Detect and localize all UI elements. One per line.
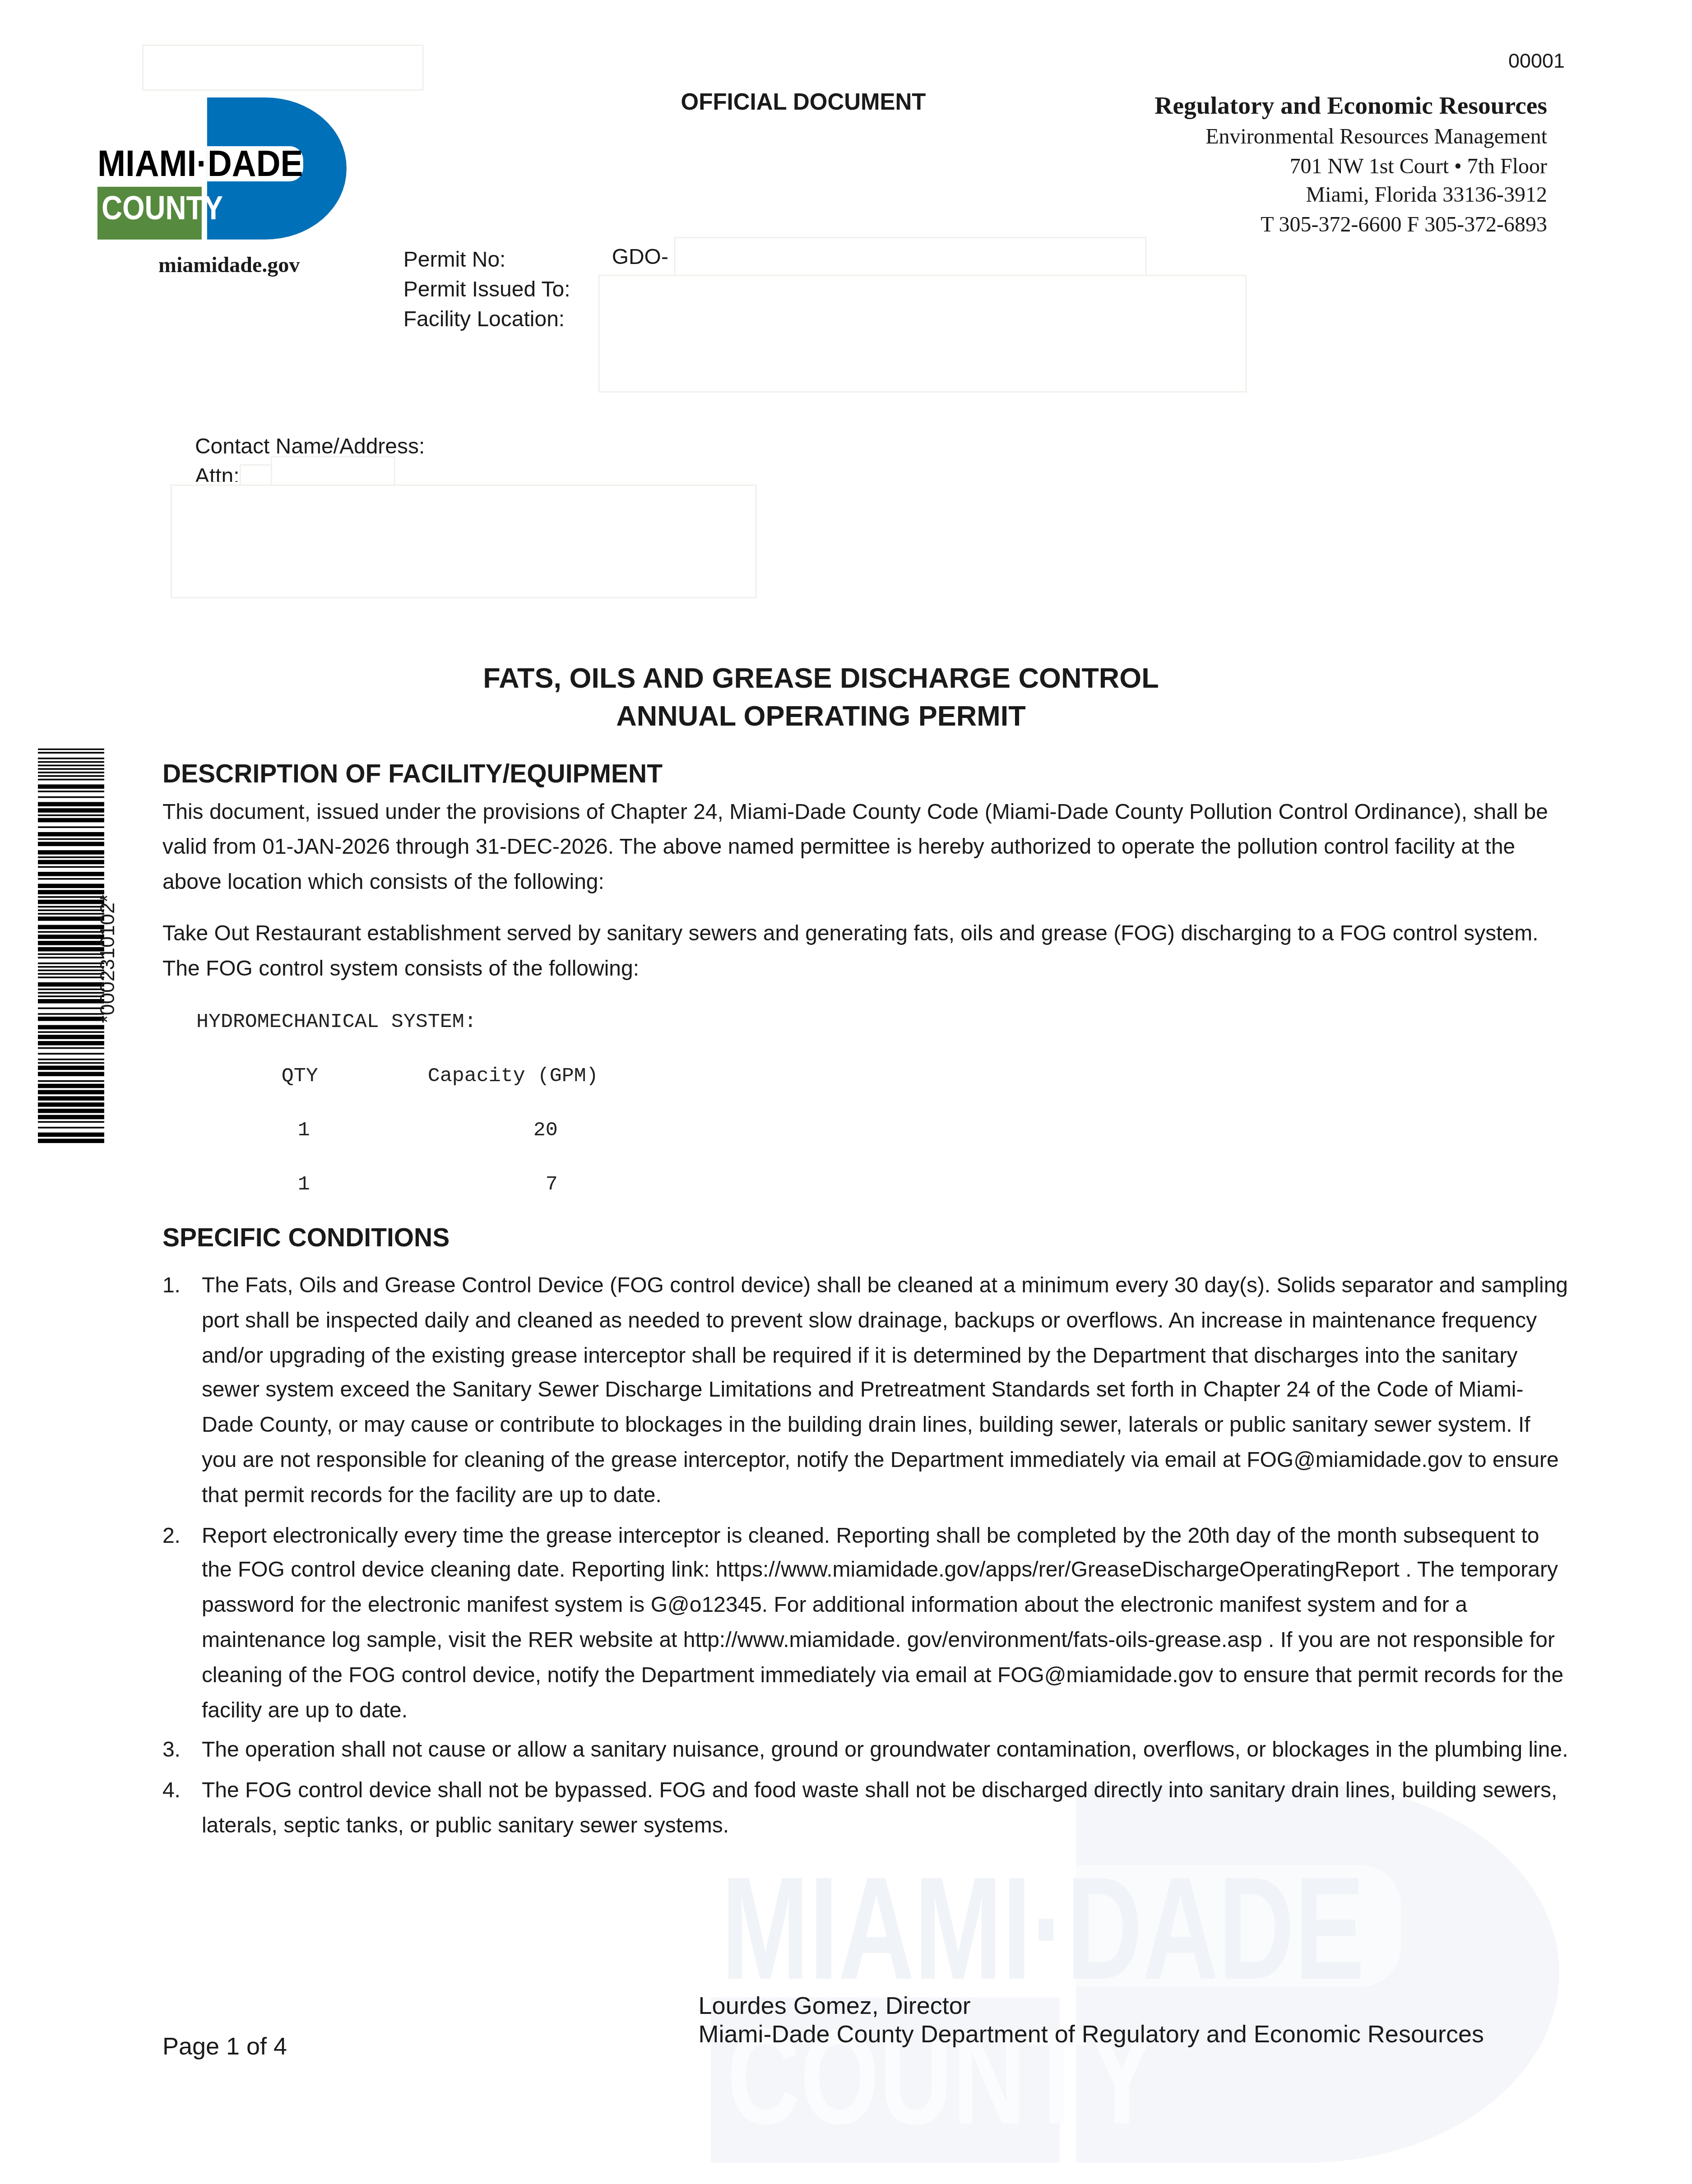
description-paragraph-1: This document, issued under the provisio… bbox=[162, 796, 1570, 901]
permit-no-label: Permit No: bbox=[403, 246, 570, 276]
signature-block: Lourdes Gomez, Director Miami-Dade Count… bbox=[699, 1992, 1484, 2049]
condition-number: 4. bbox=[162, 1774, 181, 1809]
description-paragraph-2: Take Out Restaurant establishment served… bbox=[162, 917, 1570, 987]
permit-issued-to-label: Permit Issued To: bbox=[403, 276, 570, 306]
condition-item: 1. The Fats, Oils and Grease Control Dev… bbox=[162, 1269, 1570, 1514]
equipment-row-qty: 1 bbox=[298, 1119, 310, 1142]
equipment-row-capacity: 7 bbox=[428, 1173, 558, 1196]
facility-location-label: Facility Location: bbox=[403, 306, 570, 336]
barcode-icon bbox=[38, 749, 104, 1151]
condition-item: 4. The FOG control device shall not be b… bbox=[162, 1774, 1570, 1844]
permit-title-line2: ANNUAL OPERATING PERMIT bbox=[0, 699, 1642, 736]
description-heading: DESCRIPTION OF FACILITY/EQUIPMENT bbox=[162, 761, 663, 791]
permit-info-labels: Permit No: Permit Issued To: Facility Lo… bbox=[403, 246, 570, 336]
condition-text: The FOG control device shall not be bypa… bbox=[202, 1780, 1557, 1837]
permit-document-page: MIAMI·DADE COUNTY MIAMI·DADE COUNTY miam… bbox=[0, 0, 1692, 2184]
logo-wordmark: MIAMI·DADE bbox=[97, 143, 303, 185]
permit-title-line1: FATS, OILS AND GREASE DISCHARGE CONTROL bbox=[0, 661, 1642, 699]
page-number: Page 1 of 4 bbox=[162, 2033, 287, 2061]
conditions-heading: SPECIFIC CONDITIONS bbox=[162, 1225, 450, 1254]
redacted-permittee-address bbox=[598, 275, 1247, 393]
agency-address-line1: 701 NW 1st Court • 7th Floor bbox=[1154, 152, 1547, 181]
permit-title: FATS, OILS AND GREASE DISCHARGE CONTROL … bbox=[0, 661, 1642, 736]
redacted-contact-address bbox=[171, 485, 757, 598]
permit-no-value: GDO- bbox=[612, 246, 668, 271]
agency-phone-fax: T 305-372-6600 F 305-372-6893 bbox=[1154, 210, 1547, 239]
equipment-row-qty: 1 bbox=[298, 1173, 310, 1196]
equipment-header-qty: QTY bbox=[282, 1065, 318, 1088]
condition-item: 2. Report electronically every time the … bbox=[162, 1519, 1570, 1729]
watermark-wordmark: MIAMI·DADE bbox=[722, 1843, 1365, 2013]
agency-title: Regulatory and Economic Resources bbox=[1154, 91, 1547, 123]
equipment-header-capacity: Capacity (GPM) bbox=[428, 1065, 598, 1088]
condition-text: The Fats, Oils and Grease Control Device… bbox=[202, 1275, 1568, 1507]
condition-item: 3. The operation shall not cause or allo… bbox=[162, 1734, 1570, 1769]
system-type-label: HYDROMECHANICAL SYSTEM: bbox=[196, 1011, 477, 1034]
condition-number: 1. bbox=[162, 1269, 181, 1304]
condition-text: Report electronically every time the gre… bbox=[202, 1525, 1563, 1722]
document-number: 00001 bbox=[1508, 50, 1565, 73]
condition-number: 3. bbox=[162, 1734, 181, 1769]
condition-number: 2. bbox=[162, 1519, 181, 1554]
condition-text: The operation shall not cause or allow a… bbox=[202, 1740, 1568, 1763]
miami-dade-logo: MIAMI·DADE COUNTY bbox=[97, 97, 395, 240]
agency-address-block: Regulatory and Economic Resources Enviro… bbox=[1154, 91, 1547, 240]
official-document-label: OFFICIAL DOCUMENT bbox=[681, 89, 926, 116]
equipment-row-capacity: 20 bbox=[428, 1119, 558, 1142]
logo-county-text: COUNTY bbox=[102, 190, 223, 229]
redacted-permit-number bbox=[674, 237, 1147, 280]
signatory-department: Miami-Dade County Department of Regulato… bbox=[699, 2021, 1484, 2049]
website-label: miamidade.gov bbox=[158, 254, 300, 279]
conditions-list: 1. The Fats, Oils and Grease Control Dev… bbox=[162, 1269, 1570, 1850]
agency-address-line2: Miami, Florida 33136-3912 bbox=[1154, 181, 1547, 210]
redacted-box-top bbox=[142, 45, 424, 91]
agency-division: Environmental Resources Management bbox=[1154, 123, 1547, 152]
barcode-number: *0002310102* bbox=[97, 837, 120, 1081]
signatory-name: Lourdes Gomez, Director bbox=[699, 1992, 1484, 2021]
